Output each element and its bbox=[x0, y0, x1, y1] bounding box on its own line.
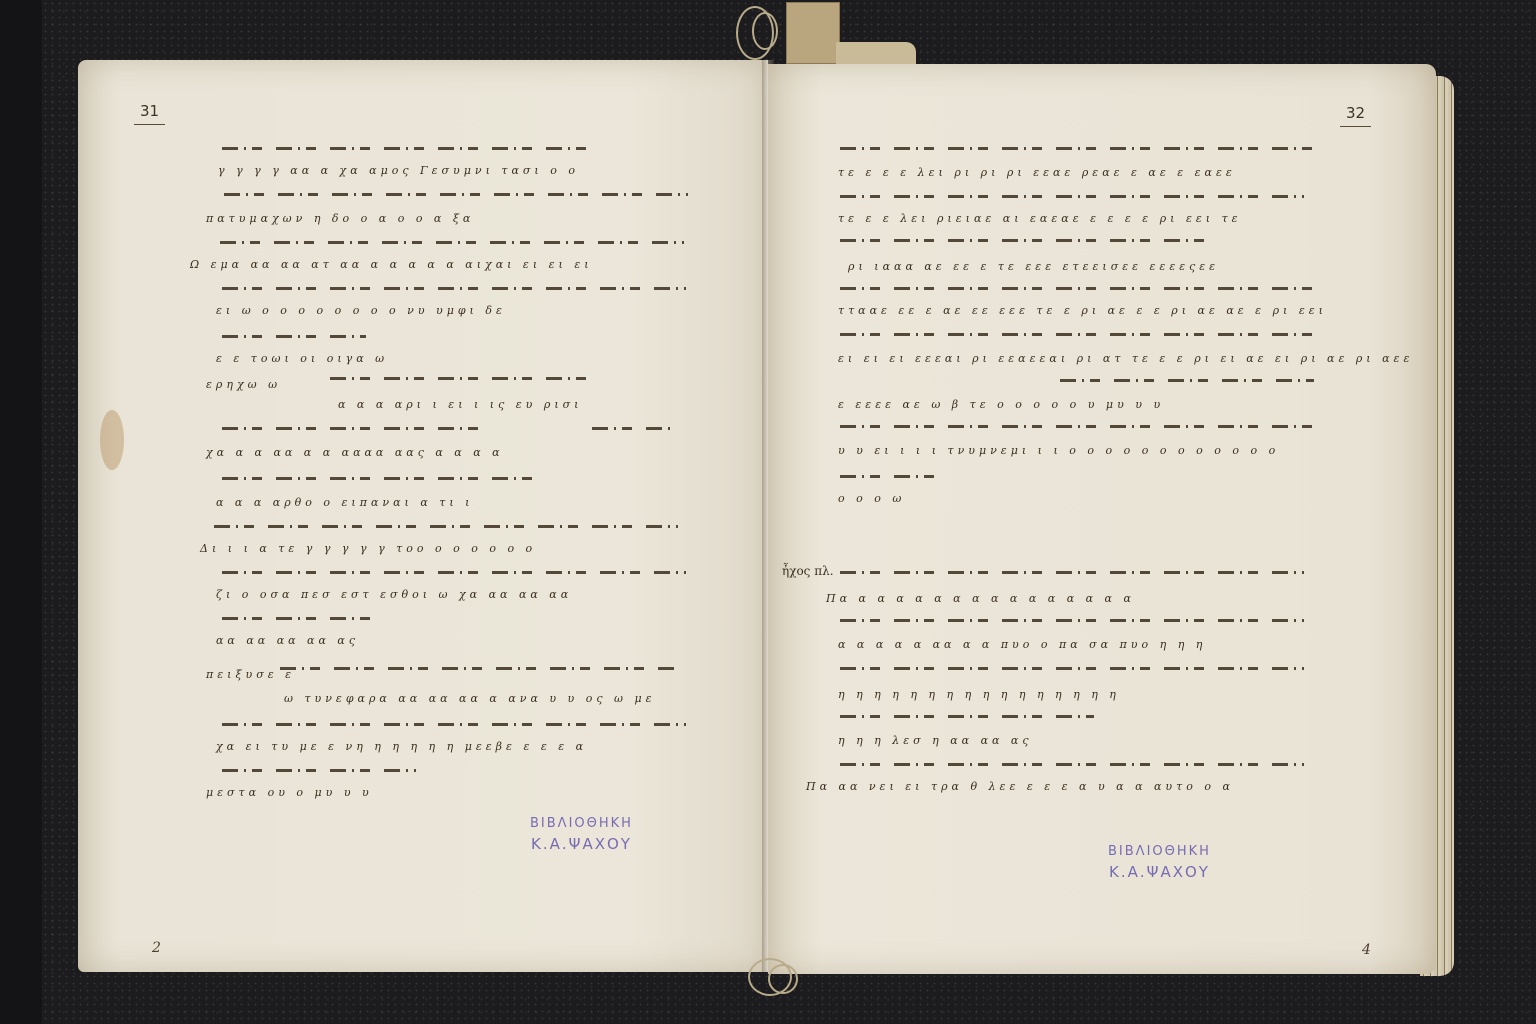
lyric-line: γ γ γ γ αα α χα αμος Γεσυμνι τασι ο ο bbox=[218, 164, 579, 177]
neume-line bbox=[834, 706, 1094, 728]
lyric-line: Δι ι ι α τε γ γ γ γ γ τοο ο ο ο ο ο ο bbox=[200, 542, 536, 555]
neume-line bbox=[216, 278, 686, 300]
stamp-line1: ΒΙΒΛΙΟΘΗΚΗ bbox=[1108, 844, 1211, 859]
lyric-line: χα α α αα α α αααα αας α α α α bbox=[206, 446, 504, 459]
neume-line bbox=[216, 468, 536, 490]
lyric-line: ττααε εε ε αε εε εεε τε ε ρι αε ε ε ρι α… bbox=[838, 304, 1327, 317]
lyric-line: α α α α α αα α α πυο ο πα σα πυο η η η bbox=[838, 638, 1206, 651]
binding-thread-top-loop bbox=[752, 12, 778, 50]
lyric-line: ει ω ο ο ο ο ο ο ο ο νυ υμφι δε bbox=[216, 304, 506, 317]
library-stamp-right: ΒΙΒΛΙΟΘΗΚΗ Κ.Α.ΨΑΧΟΥ bbox=[1108, 844, 1211, 881]
neume-line bbox=[834, 324, 1314, 346]
neume-line bbox=[834, 562, 1304, 584]
folio-number-right: 32 bbox=[1340, 104, 1371, 127]
neume-line bbox=[834, 230, 1214, 252]
lyric-line: ρι ιααα αε εε ε τε εεε ετεεισεε εεεεςεε bbox=[848, 260, 1219, 273]
neume-line bbox=[216, 138, 596, 160]
lyric-line: τε ε ε λει ριειαε αι εαεαε ε ε ε ε ρι εε… bbox=[838, 212, 1242, 225]
left-page: 31 γ γ γ γ αα α χα αμος Γεσυμνι τασι ο ο… bbox=[78, 60, 768, 972]
binding-tab bbox=[786, 2, 840, 64]
stamp-line2: Κ.Α.ΨΑΧΟΥ bbox=[1108, 863, 1211, 881]
lyric-line: Πα αα νει ει τρα θ λεε ε ε ε α υ α α αυτ… bbox=[806, 780, 1234, 793]
lyric-line: ει ει ει εεεαι ρι εεαεεαι ρι ατ τε ε ε ρ… bbox=[838, 352, 1413, 365]
neume-line bbox=[216, 714, 686, 736]
neume-line bbox=[216, 326, 366, 348]
foxing-stain bbox=[100, 410, 124, 470]
lyric-line: χα ει τυ με ε νη η η η η η μεεβε ε ε ε α bbox=[216, 740, 587, 753]
lyric-line: η η η λεσ η αα αα ας bbox=[838, 734, 1033, 747]
neume-line bbox=[216, 418, 486, 440]
lyric-line: ο ο ο ω bbox=[838, 492, 905, 505]
neume-line bbox=[208, 516, 678, 538]
neume-line bbox=[274, 658, 674, 680]
lyric-line: τε ε ε ε λει ρι ρι ρι εεαε ρεαε ε αε ε ε… bbox=[838, 166, 1236, 179]
neume-line bbox=[218, 184, 688, 206]
lyric-line: υ υ ει ι ι ι τνυμνεμι ι ι ο ο ο ο ο ο ο … bbox=[838, 444, 1279, 457]
neume-line bbox=[834, 186, 1304, 208]
lyric-line: πατυμαχων η δο ο α ο ο α ξα bbox=[206, 212, 474, 225]
neume-line bbox=[834, 138, 1314, 160]
lyric-line: μεστα ου ο μυ υ υ bbox=[206, 786, 373, 799]
folio-number-left: 31 bbox=[134, 102, 165, 125]
lyric-line: αα αα αα αα ας bbox=[216, 634, 359, 647]
neume-line bbox=[834, 416, 1314, 438]
neume-line bbox=[834, 466, 944, 488]
open-manuscript: 31 γ γ γ γ αα α χα αμος Γεσυμνι τασι ο ο… bbox=[0, 0, 1536, 1024]
neume-line bbox=[834, 610, 1304, 632]
neume-line bbox=[324, 368, 594, 390]
binding-thread-bottom-loop bbox=[768, 964, 798, 994]
stamp-line1: ΒΙΒΛΙΟΘΗΚΗ bbox=[530, 816, 633, 831]
neume-line bbox=[216, 608, 376, 630]
page-mark-left: 2 bbox=[152, 940, 161, 956]
neume-line bbox=[834, 658, 1304, 680]
stamp-line2: Κ.Α.ΨΑΧΟΥ bbox=[530, 835, 633, 853]
lyric-line: α α α αρθο ο ειπαναι α τι ι bbox=[216, 496, 473, 509]
neume-line bbox=[216, 562, 686, 584]
neume-line bbox=[834, 754, 1304, 776]
lyric-line: α α α αρι ι ει ι ις ευ ρισι bbox=[338, 398, 582, 411]
lyric-line: ζι ο οσα πεσ εστ εσθοι ω χα αα αα αα bbox=[216, 588, 572, 601]
lyric-line: ερηχω ω bbox=[206, 378, 281, 391]
neume-line bbox=[216, 760, 416, 782]
neume-line bbox=[1054, 370, 1314, 392]
neume-line bbox=[586, 418, 676, 440]
lyric-line: ω τυνεφαρα αα αα αα α ανα υ υ ος ω με bbox=[284, 692, 656, 705]
right-page: 32 τε ε ε ε λει ρι ρι ρι εεαε ρεαε ε αε … bbox=[768, 64, 1436, 974]
neume-line bbox=[834, 278, 1314, 300]
lyric-line: ε ε τοωι οι οιγα ω bbox=[216, 352, 388, 365]
lyric-line: ε εεεε αε ω β τε ο ο ο ο ο υ μυ υ υ bbox=[838, 398, 1164, 411]
binding-tab-flap bbox=[836, 42, 916, 66]
neume-line bbox=[214, 232, 684, 254]
library-stamp-left: ΒΙΒΛΙΟΘΗΚΗ Κ.Α.ΨΑΧΟΥ bbox=[530, 816, 633, 853]
page-mark-right: 4 bbox=[1362, 942, 1371, 958]
lyric-line: Πα α α α α α α α α α α α α α α α bbox=[826, 592, 1135, 605]
mode-signature: ἦχος πλ. bbox=[782, 564, 834, 578]
lyric-line: η η η η η η η η η η η η η η η η bbox=[838, 688, 1120, 701]
lyric-line: Ω εμα αα αα ατ αα α α α α α αιχαι ει ει … bbox=[190, 258, 593, 271]
